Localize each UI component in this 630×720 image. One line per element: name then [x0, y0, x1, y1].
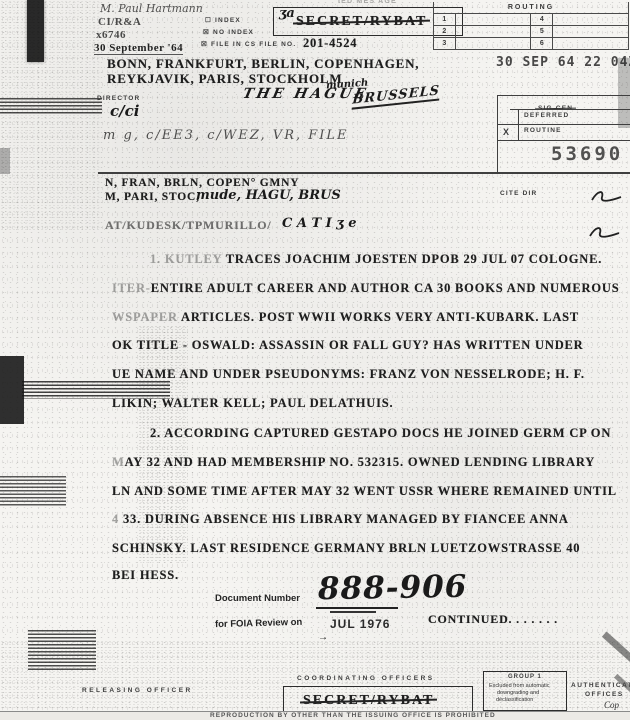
from-director-label: DIRECTOR [97, 95, 140, 102]
body-line-text: ARTICLES. POST WWII WORKS VERY ANTI-KUBA… [181, 310, 579, 324]
cite-dir-label: CITE DIR [500, 190, 537, 197]
body-line-text: SCHINSKY. LAST RESIDENCE GERMANY BRLN LU… [112, 541, 580, 555]
slug-line: AT/KUDESK/TPMURILLO/ [105, 218, 271, 233]
authenticating-officer-label: AUTHENTICAT [571, 682, 630, 689]
scan-artifact-streaks [28, 630, 96, 670]
scanned-cable-document: IED MES AGE M. Paul Hartmann CI/R&A x674… [0, 0, 630, 720]
document-number-label: Document Number [215, 593, 300, 604]
abbrev-line2: M, PARI, STOC, [105, 191, 200, 203]
document-number-underline [330, 611, 376, 613]
routing-slot: 3 [434, 38, 456, 50]
routing-slot-value [553, 38, 629, 50]
body-line-text: AY 32 AND HAD MEMBERSHIP NO. 532315. OWN… [125, 455, 595, 469]
body-line-faded-fragment: 1. KUTLEY [150, 252, 226, 266]
body-line: 2. ACCORDING CAPTURED GESTAPO DOCS HE JO… [150, 426, 611, 441]
body-line-text: TRACES JOACHIM JOESTEN DPOB 29 JUL 07 CO… [226, 252, 602, 266]
group1-title: GROUP 1 [508, 674, 542, 680]
continued-label: CONTINUED. . . . . . . [428, 612, 558, 627]
foia-date-stamp: JUL 1976 [330, 617, 390, 631]
body-line: SCHINSKY. LAST RESIDENCE GERMANY BRLN LU… [112, 541, 580, 556]
body-line: MAY 32 AND HAD MEMBERSHIP NO. 532315. OW… [112, 455, 595, 470]
group1-text: downgrading and [497, 690, 539, 696]
form-rule-vertical [497, 95, 498, 172]
routing-slot-value [553, 14, 629, 26]
sender-name: M. Paul Hartmann [100, 2, 203, 15]
checkbox-checked-icon: ☒ [203, 29, 210, 36]
body-line: OK TITLE - OSWALD: ASSASSIN OR FALL GUY?… [112, 338, 584, 353]
destinations-line1: BONN, FRANKFURT, BERLIN, COPENHAGEN, [107, 56, 419, 72]
form-rule-vertical [518, 109, 519, 140]
datetime-stamp: 30 SEP 64 22 04Z [496, 55, 630, 70]
body-line-text: ENTIRE ADULT CAREER AND AUTHOR CA 30 BOO… [151, 281, 620, 295]
body-line-faded-fragment: ITER- [112, 281, 151, 295]
routing-title: ROUTING [434, 2, 629, 14]
scan-artifact-streaks [0, 476, 66, 506]
scan-noise-band [138, 325, 188, 563]
no-index-checkbox: ☒ NO INDEX [203, 28, 254, 36]
handwritten-the-hague: THE HAGUE [241, 86, 370, 102]
body-line-text: LIKIN; WALTER KELL; PAUL DELATHUIS. [112, 396, 393, 410]
handwritten-slug: C A T I ʒ e [282, 216, 356, 231]
form-rule [497, 124, 630, 125]
message-number-stamp: 53690 [551, 143, 623, 165]
body-line-text: LN AND SOME TIME AFTER MAY 32 WENT USSR … [112, 484, 617, 498]
body-line-faded-fragment: M [112, 455, 125, 469]
body-line: WSPAPER ARTICLES. POST WWII WORKS VERY A… [112, 310, 579, 325]
checkbox-checked-icon: ☒ [201, 41, 208, 48]
body-line: 1. KUTLEY TRACES JOACHIM JOESTEN DPOB 29… [150, 252, 602, 267]
foia-review-label: for FOIA Review on [215, 617, 303, 630]
routing-table: ROUTING 1 4 2 5 3 6 [433, 2, 629, 50]
handwritten-initials [588, 188, 624, 206]
index-label: INDEX [215, 17, 241, 24]
handwritten-initials [586, 224, 622, 242]
routing-slot: 6 [531, 38, 553, 50]
body-line-text: 2. ACCORDING CAPTURED GESTAPO DOCS HE JO… [150, 426, 611, 440]
footer-classification-stamp: SECRET/RYBAT [303, 691, 434, 709]
body-line-text: BEI HESS. [112, 568, 179, 582]
handwritten-class-mark: ʒa [279, 6, 295, 21]
handwritten-distribution: m g, c/EE3, c/WEZ, VR, FILE [103, 128, 349, 143]
routing-slot: 4 [531, 14, 553, 26]
body-line: UE NAME AND UNDER PSEUDONYMS: FRANZ VON … [112, 367, 585, 382]
no-index-label: NO INDEX [213, 29, 254, 36]
body-line: BEI HESS. [112, 568, 179, 583]
group1-text: declassification [496, 697, 533, 703]
reproduction-notice: REPRODUCTION BY OTHER THAN THE ISSUING O… [210, 712, 496, 719]
page-header-fragment: IED MES AGE [338, 0, 397, 5]
index-checkbox: ☐ INDEX [205, 16, 241, 24]
routing-slot-value [455, 14, 531, 26]
scan-artifact-block [0, 356, 24, 424]
routine-check: X [503, 127, 510, 137]
body-line: LN AND SOME TIME AFTER MAY 32 WENT USSR … [112, 484, 617, 499]
routing-slot: 2 [434, 26, 456, 38]
foia-arrow-mark: → [318, 632, 328, 643]
authenticating-officer-label2: OFFICES [585, 691, 624, 698]
header-divider-rule [98, 172, 630, 174]
destinations-line2: REYKJAVIK, PARIS, STOCKHOLM [107, 71, 342, 87]
sender-extension: x6746 [96, 29, 126, 41]
document-number-underline [316, 607, 398, 609]
file-number: 201-4524 [303, 36, 357, 51]
body-line: 4 33. DURING ABSENCE HIS LIBRARY MANAGED… [112, 512, 569, 527]
sender-unit: CI/R&A [98, 16, 141, 28]
body-line-text: UE NAME AND UNDER PSEUDONYMS: FRANZ VON … [112, 367, 585, 381]
body-line-faded-fragment: WSPAPER [112, 310, 181, 324]
body-line-faded-fragment: 4 [112, 512, 123, 526]
body-line: LIKIN; WALTER KELL; PAUL DELATHUIS. [112, 396, 393, 411]
form-rule [510, 109, 630, 110]
checkbox-empty-icon: ☐ [205, 17, 212, 24]
body-line: ITER-ENTIRE ADULT CAREER AND AUTHOR CA 3… [112, 281, 619, 296]
document-number-value: 888-906 [318, 569, 468, 608]
deferred-label: DEFERRED [524, 112, 569, 119]
routing-slot: 5 [531, 26, 553, 38]
body-line-text: OK TITLE - OSWALD: ASSASSIN OR FALL GUY?… [112, 338, 584, 352]
scan-noise-band [0, 0, 100, 230]
routing-slot: 1 [434, 14, 456, 26]
routing-slot-value [553, 26, 629, 38]
routing-slot-value [455, 26, 531, 38]
form-rule [497, 95, 630, 96]
releasing-officer-label: RELEASING OFFICER [82, 687, 193, 694]
handwritten-cci: c/ci [110, 102, 139, 120]
classification-stamp: SECRET/RYBAT [296, 12, 427, 30]
file-label: FILE IN CS FILE NO. [211, 41, 296, 48]
form-rule [497, 140, 630, 141]
handwritten-abbrev: mude, HAGU, BRUS [196, 188, 341, 203]
routing-slot-value [455, 38, 531, 50]
copy-mark: Cop [604, 700, 619, 710]
group1-text: Excluded from automatic [489, 683, 550, 689]
routine-label: ROUTINE [524, 127, 562, 134]
coordinating-officers-label: COORDINATING OFFICERS [297, 675, 435, 682]
file-checkbox: ☒ FILE IN CS FILE NO. [201, 40, 296, 48]
body-line-text: 33. DURING ABSENCE HIS LIBRARY MANAGED B… [123, 512, 569, 526]
sender-date: 30 September '64 [94, 42, 183, 55]
